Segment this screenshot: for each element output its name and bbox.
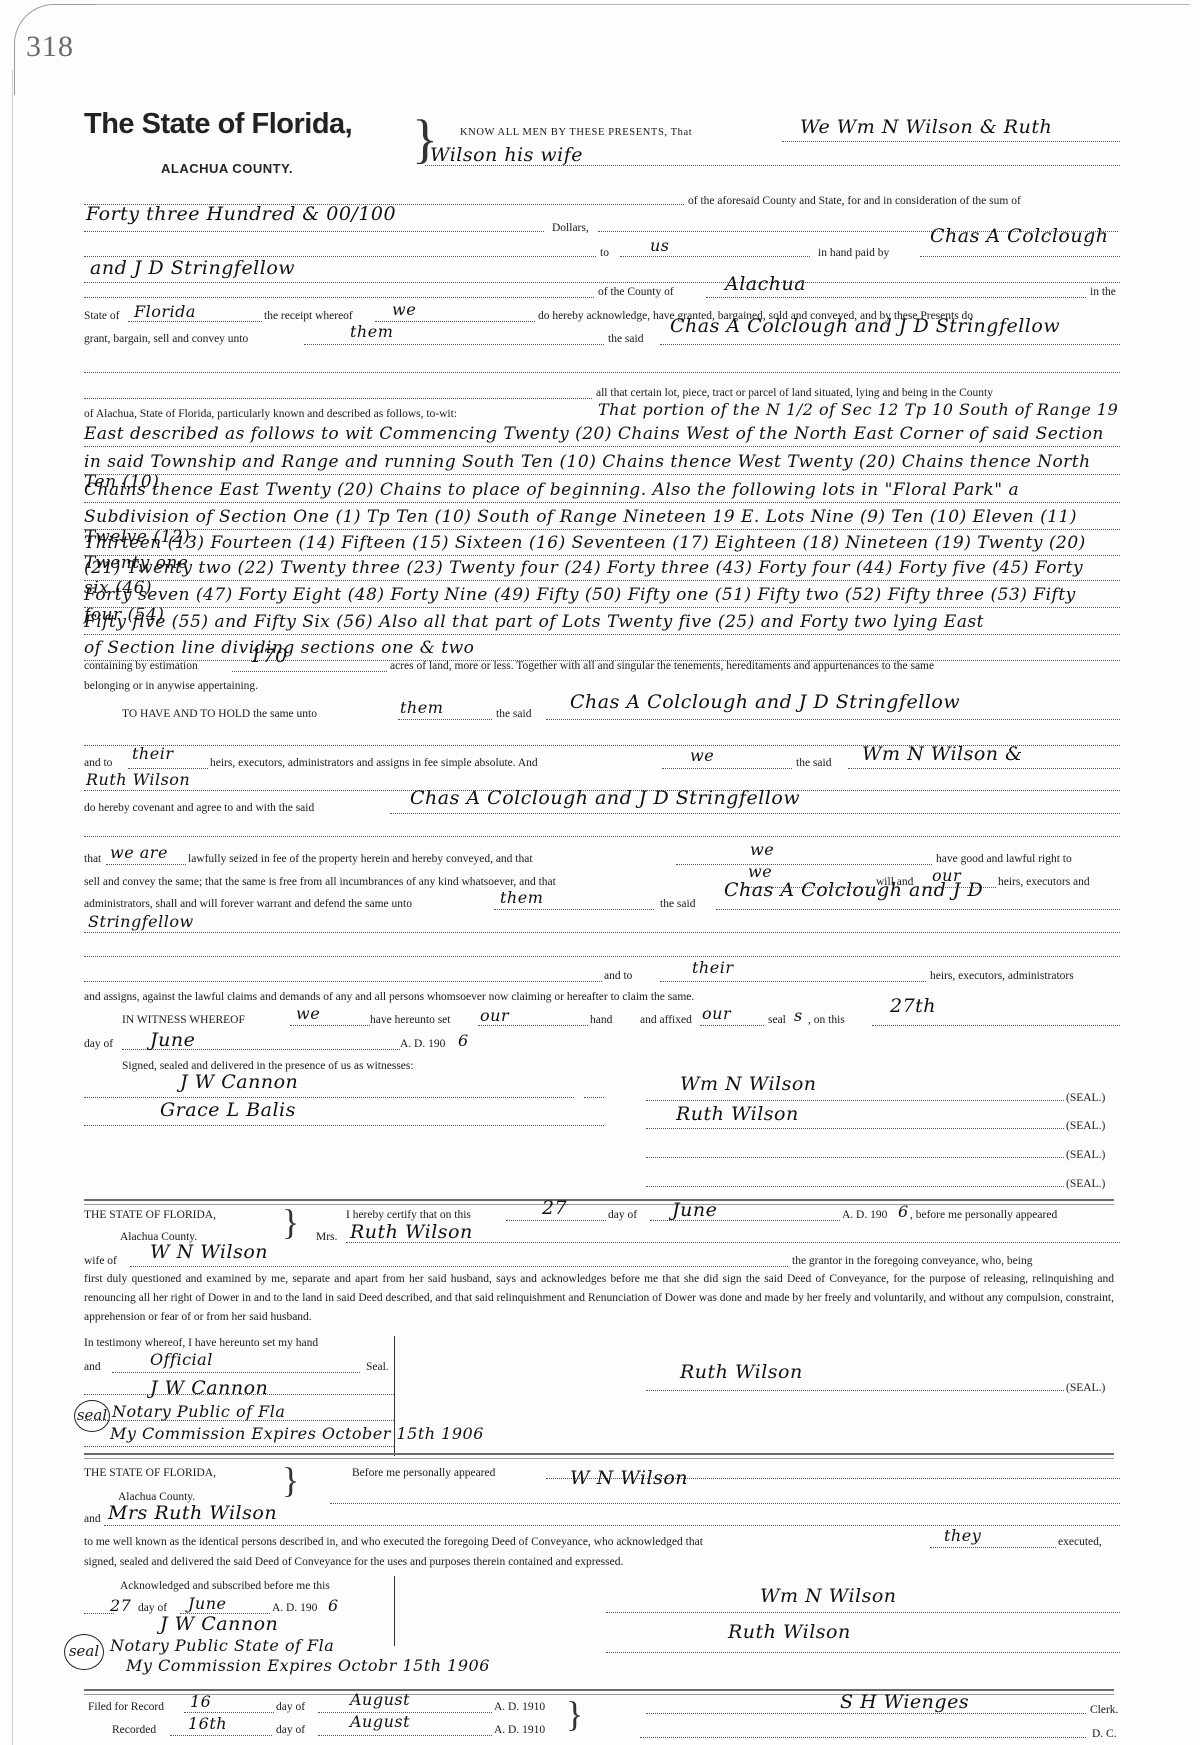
warrant-grantees-2: Stringfellow [88, 912, 194, 932]
dotted-line [646, 1713, 1086, 1714]
notary-seal-mark: seal [74, 1400, 110, 1432]
the-said-label: the said [496, 707, 531, 721]
dotted-line [676, 864, 932, 865]
recorded-month: August [350, 1712, 410, 1732]
year-suffix: 6 [458, 1031, 469, 1051]
known-text: to me well known as the identical person… [84, 1535, 703, 1549]
dotted-line [782, 141, 1120, 142]
deed-page: 318 The State of Florida, ALACHUA COUNTY… [0, 0, 1200, 1745]
seal-label: (SEAL.) [1066, 1092, 1105, 1104]
day-of-label: day of [84, 1037, 113, 1051]
description-line: Fifty five (55) and Fifty Six (56) Also … [84, 612, 1114, 632]
seized-value: we [750, 840, 774, 860]
ack-commission: My Commission Expires Octobr 15th 1906 [126, 1656, 490, 1676]
receipt-value: we [392, 300, 416, 320]
executed-text: executed, [1058, 1535, 1102, 1549]
of-county-label: of the County of [598, 285, 674, 299]
dotted-line [84, 580, 1120, 581]
recorded-label: Recorded [112, 1723, 156, 1737]
mrs-label: Mrs. [316, 1230, 337, 1244]
dotted-line [84, 398, 592, 399]
grantors-line2: Wilson his wife [430, 145, 583, 165]
top-border [60, 4, 1190, 5]
subscribed-text: Acknowledged and subscribed before me th… [120, 1579, 330, 1593]
and-value: Mrs Ruth Wilson [108, 1503, 277, 1523]
dotted-line [375, 321, 535, 322]
ack-notary-title: Notary Public State of Fla [110, 1636, 334, 1656]
grantors-line1: We Wm N Wilson & Ruth [800, 117, 1052, 137]
to-label: to [600, 246, 609, 260]
dotted-line [84, 446, 1120, 447]
ack-ad: A. D. 190 [272, 1601, 317, 1615]
filed-day: 16 [190, 1692, 211, 1712]
grant-unto-value: them [350, 322, 393, 342]
grantee-line2: and J D Stringfellow [90, 258, 295, 278]
mrs-value: Ruth Wilson [350, 1222, 473, 1242]
testimony-bracket [394, 1336, 395, 1456]
ack-notary-signature: J W Cannon [160, 1614, 278, 1634]
right-text: have good and lawful right to [936, 852, 1072, 866]
seal-label: (SEAL.) [1066, 1178, 1105, 1190]
county-heading: ALACHUA COUNTY. [161, 161, 293, 176]
dotted-line [130, 1266, 788, 1267]
dotted-line [546, 719, 1120, 720]
clerk-signature: S H Wienges [840, 1692, 969, 1712]
dotted-line [84, 1446, 394, 1447]
seal-label: (SEAL.) [1066, 1120, 1105, 1132]
the-said-2: the said [796, 756, 831, 770]
recording-brace: } [566, 1696, 583, 1732]
hand-label: hand [590, 1013, 612, 1027]
official-value: Official [150, 1350, 213, 1370]
ack-signature: Wm N Wilson [760, 1586, 897, 1606]
dotted-line [660, 344, 1120, 345]
and-to-label: and to [84, 756, 112, 770]
dower-day-of: day of [608, 1208, 637, 1222]
in-the-text: in the [1090, 285, 1116, 299]
testimony-text: In testimony whereof, I have hereunto se… [84, 1336, 318, 1350]
state-value: Florida [134, 302, 196, 322]
dotted-line [84, 231, 544, 232]
dower-body: first duly questioned and examined by me… [84, 1270, 1114, 1327]
grant-text: grant, bargain, sell and convey unto [84, 332, 248, 346]
and-to: and to [604, 969, 632, 983]
description-line: of Section line dividing sections one & … [84, 638, 1114, 658]
to-value: us [650, 236, 670, 256]
dotted-line [84, 297, 594, 298]
dotted-line [232, 671, 387, 672]
dotted-line [84, 1420, 394, 1421]
dc-label: D. C. [1092, 1727, 1117, 1741]
month-value: June [150, 1030, 195, 1050]
ack-and-label: and [84, 1512, 101, 1526]
belonging-text: belonging or in anywise appertaining. [84, 679, 258, 693]
dotted-line [84, 836, 1120, 837]
of-alachua-text: of Alachua, State of Florida, particular… [84, 407, 457, 421]
notary-commission: My Commission Expires October 15th 1906 [110, 1424, 484, 1444]
grantees-value: Chas A Colclough and J D Stringfellow [670, 316, 1060, 336]
dotted-line [84, 372, 1120, 373]
state-of-label: State of [84, 309, 119, 323]
covenant-label: do hereby covenant and agree to and with… [84, 801, 314, 815]
hereunto-set: have hereunto set [370, 1013, 450, 1027]
dotted-line [640, 1737, 1086, 1738]
ack-signed-text: signed, sealed and delivered the said De… [84, 1555, 623, 1569]
dotted-line [112, 1372, 360, 1373]
seal-suffix: s [794, 1006, 803, 1026]
that-label: that [84, 852, 101, 866]
recorded-day: 16th [188, 1714, 227, 1734]
set-value: our [480, 1006, 509, 1026]
dotted-line [84, 502, 1120, 503]
grantors-value-2: Ruth Wilson [86, 770, 190, 790]
filed-day-of: day of [276, 1700, 305, 1714]
admin-text: administrators, shall and will forever w… [84, 897, 412, 911]
dower-brace: } [282, 1204, 299, 1240]
dotted-line [700, 1025, 764, 1026]
dotted-line [930, 1547, 1056, 1548]
description-line: East described as follows to wit Commenc… [84, 424, 1114, 444]
filed-month: August [350, 1690, 410, 1710]
ack-signature: Ruth Wilson [728, 1622, 851, 1642]
dotted-line [848, 768, 1120, 769]
unto-value: them [400, 698, 443, 718]
dotted-line [494, 909, 654, 910]
dotted-line [84, 1125, 604, 1126]
in-hand-paid-label: in hand paid by [818, 246, 889, 260]
witness-whereof-value: we [296, 1004, 320, 1024]
warrant-unto-value: them [500, 888, 543, 908]
left-border [12, 70, 13, 1745]
warrant-the-said: the said [660, 897, 695, 911]
appeared-text: , before me personally appeared [910, 1208, 1057, 1222]
county-value: Alachua [725, 274, 806, 294]
witness-signature: Grace L Balis [160, 1100, 296, 1120]
dotted-line [920, 256, 1120, 257]
dotted-line [84, 555, 1120, 556]
ack-month: June [188, 1594, 227, 1614]
all-that-text: all that certain lot, piece, tract or pa… [596, 386, 993, 400]
affixed-value: our [702, 1004, 731, 1024]
seal-word: Seal. [366, 1360, 389, 1374]
on-this: , on this [808, 1013, 845, 1027]
before-text: Before me personally appeared [352, 1466, 495, 1480]
dotted-line [84, 607, 1120, 608]
dotted-line [662, 768, 792, 769]
dower-month: June [672, 1200, 717, 1220]
dotted-line [184, 1712, 274, 1713]
they-value: they [944, 1526, 981, 1546]
amount-written: Forty three Hundred & 00/100 [86, 204, 396, 224]
dotted-line [106, 864, 186, 865]
seized-text: lawfully seized in fee of the property h… [188, 852, 533, 866]
seal-label: (SEAL.) [1066, 1149, 1105, 1161]
know-all-text: KNOW ALL MEN BY THESE PRESENTS, That [460, 127, 692, 138]
dotted-line [660, 981, 926, 982]
sell-text: sell and convey the same; that the same … [84, 875, 556, 889]
dotted-line [872, 1025, 1120, 1026]
ack-year-suffix: 6 [328, 1596, 339, 1616]
dotted-line [398, 719, 492, 720]
and-affixed: and affixed [640, 1013, 692, 1027]
recorded-day-of: day of [276, 1723, 305, 1737]
description-first-line: That portion of the N 1/2 of Sec 12 Tp 1… [598, 400, 1118, 420]
dotted-line [620, 256, 810, 257]
covenant-value: Chas A Colclough and J D Stringfellow [410, 788, 800, 808]
warrant-grantees-1: Chas A Colclough and J D [724, 880, 983, 900]
receipt-whereof: the receipt whereof [264, 309, 353, 323]
wife-of-label: wife of [84, 1254, 117, 1268]
dotted-line [84, 1394, 394, 1395]
to-have-label: TO HAVE AND TO HOLD the same unto [122, 707, 317, 721]
testimony-and: and [84, 1360, 101, 1374]
state-title: The State of Florida, [84, 108, 352, 141]
dotted-line [84, 1097, 574, 1098]
appeared-value: W N Wilson [570, 1468, 688, 1488]
heirs-text: heirs, executors, administrators and ass… [210, 756, 538, 770]
ack-bracket [394, 1576, 395, 1646]
dotted-line [84, 529, 1120, 530]
grantor-signature: Ruth Wilson [676, 1104, 799, 1124]
dotted-line [646, 1157, 1064, 1158]
containing-label: containing by estimation [84, 659, 198, 673]
section-divider [84, 1453, 1114, 1459]
acres-value: 170 [250, 646, 288, 666]
notary-signature: J W Cannon [150, 1378, 268, 1398]
assigns-text: and assigns, against the lawful claims a… [84, 990, 694, 1004]
dotted-line [646, 1186, 1064, 1187]
dotted-line [84, 474, 1120, 475]
wife-of-value: W N Wilson [150, 1242, 268, 1262]
dollars-label: Dollars, [552, 221, 589, 235]
day-value: 27th [890, 996, 936, 1016]
dotted-line [606, 1612, 1120, 1613]
notary-title: Notary Public of Fla [112, 1402, 285, 1422]
dotted-line [290, 1025, 370, 1026]
that-value: we are [110, 843, 168, 863]
grantor-text: the grantor in the foregoing conveyance,… [792, 1254, 1032, 1268]
grantees-value: Chas A Colclough and J D Stringfellow [570, 692, 960, 712]
dotted-line [128, 768, 208, 769]
filed-label: Filed for Record [88, 1700, 164, 1714]
certify-text: I hereby certify that on this [346, 1208, 471, 1222]
dotted-line [506, 1220, 606, 1221]
dotted-line [390, 813, 1120, 814]
ack-day: 27 [110, 1596, 131, 1616]
ad-label: A. D. 190 [400, 1037, 445, 1051]
filed-ad: A. D. 1910 [494, 1700, 545, 1714]
dotted-line [318, 1735, 492, 1736]
heirs-exec: heirs, executors and [998, 875, 1090, 889]
ack-state: THE STATE OF FLORIDA, [84, 1466, 216, 1480]
heirs-admin: heirs, executors, administrators [930, 969, 1074, 983]
ack-brace: } [282, 1462, 299, 1498]
ack-seal-mark: seal [64, 1634, 104, 1670]
grantors-value-1: Wm N Wilson & [862, 744, 1022, 764]
dotted-line [646, 1390, 1064, 1391]
clerk-label: Clerk. [1090, 1703, 1118, 1717]
dotted-line [716, 909, 1120, 910]
dotted-line [304, 344, 604, 345]
recorded-ad: A. D. 1910 [494, 1723, 545, 1737]
dotted-line [84, 956, 1120, 957]
and-value: we [690, 746, 714, 766]
dotted-line [84, 981, 602, 982]
dower-day: 27 [542, 1198, 567, 1218]
section-divider [84, 1199, 1114, 1205]
dotted-line [646, 1100, 1064, 1101]
dotted-line [706, 297, 1086, 298]
witness-signature: J W Cannon [180, 1072, 298, 1092]
their-value: their [692, 958, 733, 978]
acres-text: acres of land, more or less. Together wi… [390, 659, 934, 673]
dower-ad: A. D. 190 [842, 1208, 887, 1222]
dotted-line [170, 1735, 272, 1736]
dotted-line [646, 1128, 1064, 1129]
seal-text: seal [768, 1013, 786, 1027]
witness-whereof-label: IN WITNESS WHEREOF [122, 1013, 245, 1027]
dotted-line [84, 932, 1120, 933]
dotted-line [84, 634, 1120, 635]
dower-state: THE STATE OF FLORIDA, [84, 1208, 216, 1222]
the-said-label: the said [608, 332, 643, 346]
grantor-signature: Wm N Wilson [680, 1074, 817, 1094]
aforesaid-text: of the aforesaid County and State, for a… [688, 194, 1021, 208]
and-to-value: their [132, 744, 173, 764]
dotted-line [584, 1097, 604, 1098]
dotted-line [606, 1652, 1120, 1653]
dower-year-suffix: 6 [898, 1202, 909, 1222]
dotted-line [84, 282, 1120, 283]
page-number: 318 [26, 30, 74, 64]
grantee-line1: Chas A Colclough [930, 226, 1109, 246]
dotted-line [330, 1503, 1120, 1504]
dower-signature: Ruth Wilson [680, 1362, 803, 1382]
seal-label: (SEAL.) [1066, 1382, 1105, 1394]
description-line: Chains thence East Twenty (20) Chains to… [84, 480, 1114, 500]
